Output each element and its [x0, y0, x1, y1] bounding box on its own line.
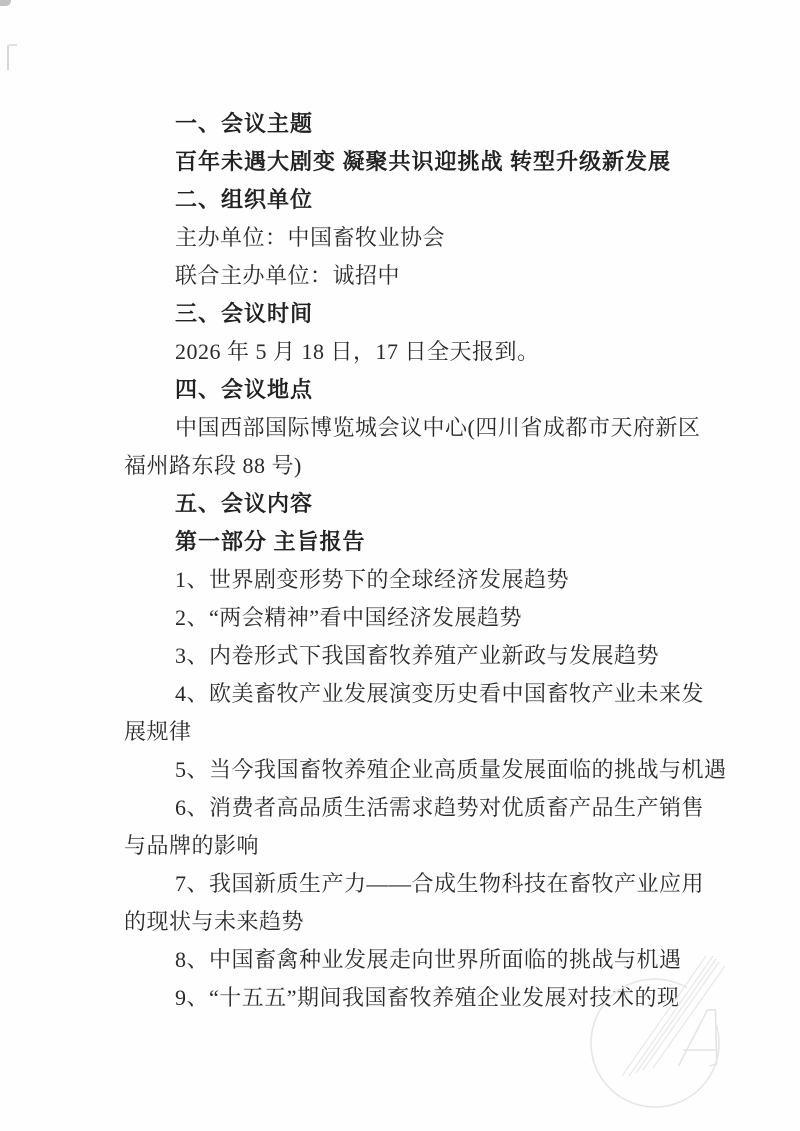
- host-unit: 主办单位：中国畜牧业协会: [124, 219, 760, 257]
- meeting-venue-line-2: 福州路东段 88 号): [124, 447, 760, 485]
- topic-4: 4、欧美畜牧产业发展演变历史看中国畜牧产业未来发: [124, 675, 760, 713]
- topic-5: 5、当今我国畜牧养殖企业高质量发展面临的挑战与机遇: [124, 751, 760, 789]
- meeting-theme: 百年未遇大剧变 凝聚共识迎挑战 转型升级新发展: [124, 143, 760, 181]
- topic-4-continued: 展规律: [124, 713, 760, 751]
- meeting-venue-line-1: 中国西部国际博览城会议中心(四川省成都市天府新区: [124, 409, 760, 447]
- section-2-heading: 二、组织单位: [124, 181, 760, 219]
- topic-8: 8、中国畜禽种业发展走向世界所面临的挑战与机遇: [124, 941, 760, 979]
- meeting-time: 2026 年 5 月 18 日，17 日全天报到。: [124, 333, 760, 371]
- topic-7-continued: 的现状与未来趋势: [124, 903, 760, 941]
- section-3-heading: 三、会议时间: [124, 295, 760, 333]
- topic-6-continued: 与品牌的影响: [124, 827, 760, 865]
- section-4-heading: 四、会议地点: [124, 371, 760, 409]
- co-host-unit: 联合主办单位：诚招中: [124, 257, 760, 295]
- document-body: 一、会议主题 百年未遇大剧变 凝聚共识迎挑战 转型升级新发展 二、组织单位 主办…: [0, 0, 800, 1017]
- scanned-document-page: 一、会议主题 百年未遇大剧变 凝聚共识迎挑战 转型升级新发展 二、组织单位 主办…: [0, 0, 800, 1131]
- part-1-heading: 第一部分 主旨报告: [124, 523, 760, 561]
- section-1-heading: 一、会议主题: [124, 105, 760, 143]
- topic-1: 1、世界剧变形势下的全球经济发展趋势: [124, 561, 760, 599]
- topic-3: 3、内卷形式下我国畜牧养殖产业新政与发展趋势: [124, 637, 760, 675]
- topic-6: 6、消费者高品质生活需求趋势对优质畜产品生产销售: [124, 789, 760, 827]
- topic-9: 9、“十五五”期间我国畜牧养殖企业发展对技术的现: [124, 979, 760, 1017]
- topic-7: 7、我国新质生产力——合成生物科技在畜牧产业应用: [124, 865, 760, 903]
- section-5-heading: 五、会议内容: [124, 485, 760, 523]
- topic-2: 2、“两会精神”看中国经济发展趋势: [124, 599, 760, 637]
